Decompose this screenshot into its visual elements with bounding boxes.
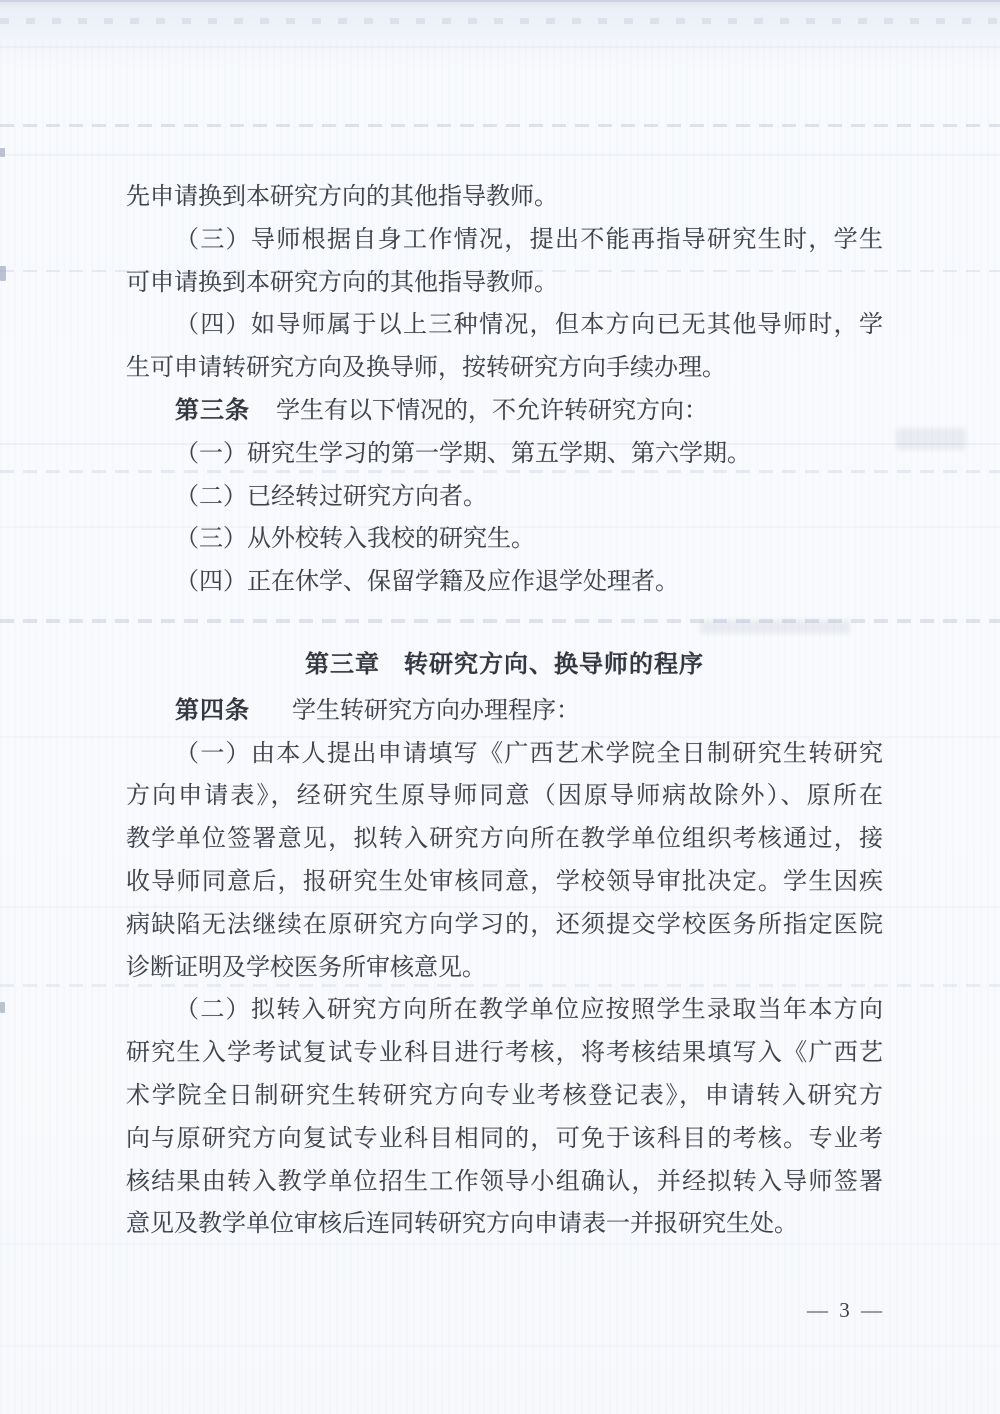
clause-number: 第四条	[175, 697, 250, 724]
document-line: 教学单位签署意见，拟转入研究方向所在教学单位组织考核通过，接	[126, 818, 883, 861]
document-line: 收导师同意后，报研究生处审核同意，学校领导审批决定。学生因疾	[126, 861, 883, 904]
scan-streak	[0, 154, 1000, 156]
document-body: 先申请换到本研究方向的其他指导教师。 （三）导师根据自身工作情况，提出不能再指导…	[126, 176, 883, 1246]
document-line: （三）从外校转入我校的研究生。	[126, 518, 883, 561]
clause-number: 第三条	[175, 397, 250, 424]
document-line: 向与原研究方向复试专业科目相同的，可免于该科目的考核。专业考	[126, 1118, 883, 1161]
clause-text: 学生有以下情况的，不允许转研究方向：	[276, 398, 708, 424]
document-line: 术学院全日制研究生转研究方向专业考核登记表》，申请转入研究方	[126, 1075, 883, 1118]
document-line: 诊断证明及学校医务所审核意见。	[126, 947, 883, 990]
document-line: （三）导师根据自身工作情况，提出不能再指导研究生时，学生	[126, 219, 883, 262]
scanned-document-page: 先申请换到本研究方向的其他指导教师。 （三）导师根据自身工作情况，提出不能再指导…	[0, 0, 1000, 1414]
scan-edge-artifact	[0, 1002, 5, 1013]
scan-streak	[0, 46, 1000, 48]
clause-line: 第四条学生转研究方向办理程序：	[126, 690, 883, 733]
scan-streak	[0, 1345, 1000, 1347]
document-line: 生可申请转研究方向及换导师，按转研究方向手续办理。	[126, 347, 883, 390]
chapter-number: 第三章	[305, 651, 380, 678]
scan-edge-artifact	[0, 148, 5, 157]
ink-bleed-ghost	[896, 428, 966, 450]
chapter-heading: 第三章转研究方向、换导师的程序	[126, 644, 883, 687]
document-line: 核结果由转入教学单位招生工作领导小组确认，并经拟转入导师签署	[126, 1161, 883, 1204]
document-line: 意见及教学单位审核后连同转研究方向申请表一并报研究生处。	[126, 1203, 883, 1246]
document-line: 先申请换到本研究方向的其他指导教师。	[126, 176, 883, 219]
document-line: （四）正在休学、保留学籍及应作退学处理者。	[126, 561, 883, 604]
chapter-title: 转研究方向、换导师的程序	[404, 651, 704, 678]
document-line: 可申请换到本研究方向的其他指导教师。	[126, 262, 883, 305]
document-line: （二）已经转过研究方向者。	[126, 476, 883, 519]
page-number: — 3 —	[786, 1298, 906, 1323]
clause-text: 学生转研究方向办理程序：	[292, 698, 580, 724]
document-line: （四）如导师属于以上三种情况，但本方向已无其他导师时，学	[126, 304, 883, 347]
scan-edge-artifact	[0, 266, 6, 281]
document-line: （一）研究生学习的第一学期、第五学期、第六学期。	[126, 433, 883, 476]
clause-line: 第三条学生有以下情况的，不允许转研究方向：	[126, 390, 883, 433]
document-line: 方向申请表》，经研究生原导师同意（因原导师病故除外）、原所在	[126, 775, 883, 818]
scan-top-edge-band	[0, 0, 1000, 40]
document-line: 病缺陷无法继续在原研究方向学习的，还须提交学校医务所指定医院	[126, 904, 883, 947]
document-line: （二）拟转入研究方向所在教学单位应按照学生录取当年本方向	[126, 989, 883, 1032]
scan-streak	[0, 124, 1000, 127]
document-line: （一）由本人提出申请填写《广西艺术学院全日制研究生转研究	[126, 733, 883, 776]
document-line: 研究生入学考试复试专业科目进行考核，将考核结果填写入《广西艺	[126, 1032, 883, 1075]
